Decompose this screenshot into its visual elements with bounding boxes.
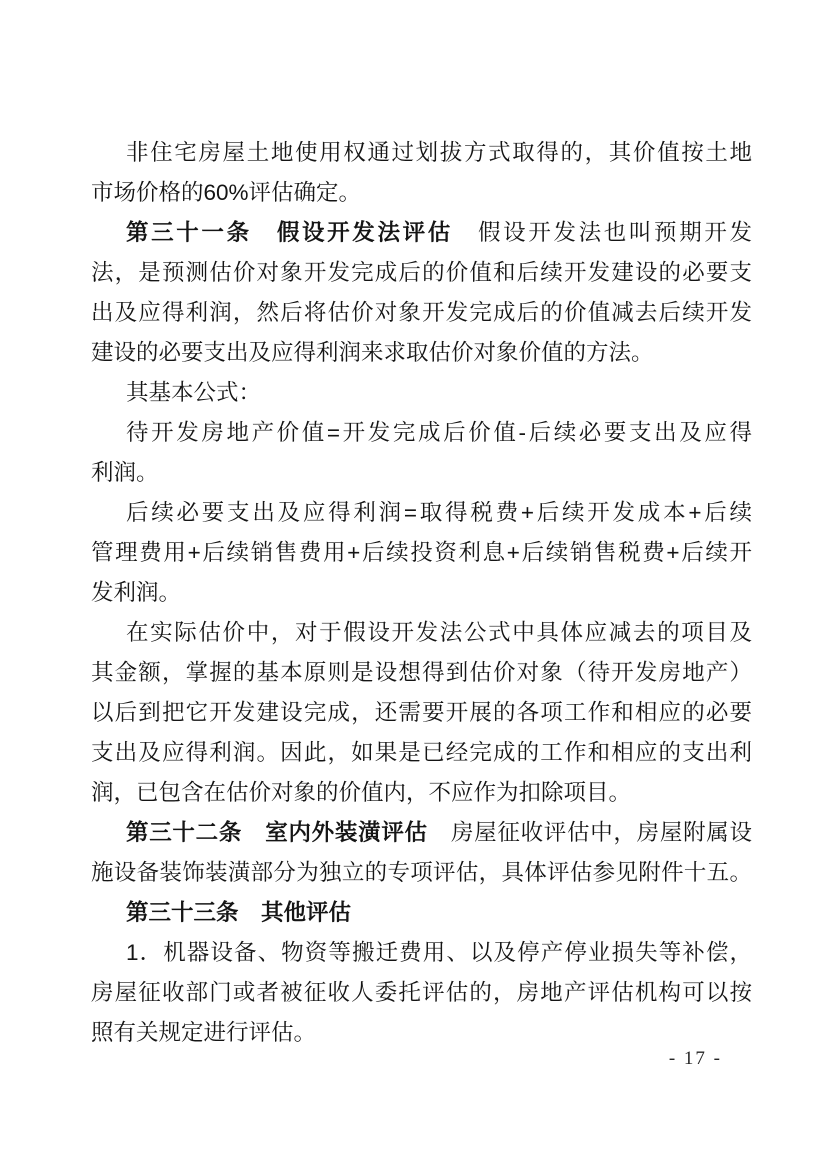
text-segment: 出及应得利润，然后将估价对象开发完成后的价值减去后续开发	[91, 300, 752, 325]
text-line: 发利润。	[91, 573, 752, 613]
text-line: 第三十一条 假设开发法评估 假设开发法也叫预期开发	[91, 213, 752, 253]
text-line: 1．机器设备、物资等搬迁费用、以及停产停业损失等补偿，	[91, 933, 752, 973]
text-line: 在实际估价中，对于假设开发法公式中具体应减去的项目及	[91, 613, 752, 653]
text-line: 房屋征收部门或者被征收人委托评估的，房地产评估机构可以按	[91, 973, 752, 1013]
text-segment: 房屋征收部门或者被征收人委托评估的，房地产评估机构可以按	[91, 980, 752, 1005]
article-heading-segment: 第三十一条 假设开发法评估	[126, 220, 453, 245]
text-line: 利润。	[91, 453, 752, 493]
text-line: 管理费用+后续销售费用+后续投资利息+后续销售税费+后续开	[91, 533, 752, 573]
text-segment: 假设开发法也叫预期开发	[453, 220, 752, 245]
text-segment: 其金额，掌握的基本原则是设想得到估价对象（待开发房地产）	[91, 660, 752, 685]
text-line: 润，已包含在估价对象的价值内，不应作为扣除项目。	[91, 773, 752, 813]
document-body: 非住宅房屋土地使用权通过划拔方式取得的，其价值按土地市场价格的60%评估确定。第…	[91, 133, 752, 1053]
text-segment: 房屋征收评估中，房屋附属设	[428, 820, 752, 845]
text-line: 建设的必要支出及应得利润来求取估价对象价值的方法。	[91, 333, 752, 373]
text-line: 非住宅房屋土地使用权通过划拔方式取得的，其价值按土地	[91, 133, 752, 173]
document-page: 非住宅房屋土地使用权通过划拔方式取得的，其价值按土地市场价格的60%评估确定。第…	[0, 0, 827, 1169]
text-segment: 其基本公式：	[126, 380, 261, 405]
text-segment: 待开发房地产价值=开发完成后价值-后续必要支出及应得	[126, 420, 752, 445]
text-segment: 1．机器设备、物资等搬迁费用、以及停产停业损失等补偿，	[126, 940, 752, 965]
text-segment: 施设备装饰装潢部分为独立的专项评估，具体评估参见附件十五。	[91, 860, 752, 885]
text-line: 第三十二条 室内外装潢评估 房屋征收评估中，房屋附属设	[91, 813, 752, 853]
article-heading-segment: 第三十三条 其他评估	[126, 900, 351, 925]
text-line: 待开发房地产价值=开发完成后价值-后续必要支出及应得	[91, 413, 752, 453]
text-line: 其基本公式：	[91, 373, 752, 413]
article-heading-segment: 第三十二条 室内外装潢评估	[126, 820, 428, 845]
text-line: 以后到把它开发建设完成，还需要开展的各项工作和相应的必要	[91, 693, 752, 733]
text-segment: 发利润。	[91, 580, 181, 605]
text-line: 后续必要支出及应得利润=取得税费+后续开发成本+后续	[91, 493, 752, 533]
text-line: 其金额，掌握的基本原则是设想得到估价对象（待开发房地产）	[91, 653, 752, 693]
text-segment: 以后到把它开发建设完成，还需要开展的各项工作和相应的必要	[91, 700, 752, 725]
text-segment: 在实际估价中，对于假设开发法公式中具体应减去的项目及	[126, 620, 752, 645]
text-line: 支出及应得利润。因此，如果是已经完成的工作和相应的支出利	[91, 733, 752, 773]
text-segment: 照有关规定进行评估。	[91, 1020, 316, 1045]
text-segment: 后续必要支出及应得利润=取得税费+后续开发成本+后续	[126, 500, 752, 525]
text-line: 第三十三条 其他评估	[91, 893, 752, 933]
text-line: 出及应得利润，然后将估价对象开发完成后的价值减去后续开发	[91, 293, 752, 333]
text-line: 法，是预测估价对象开发完成后的价值和后续开发建设的必要支	[91, 253, 752, 293]
text-segment: 管理费用+后续销售费用+后续投资利息+后续销售税费+后续开	[91, 540, 752, 565]
text-line: 施设备装饰装潢部分为独立的专项评估，具体评估参见附件十五。	[91, 853, 752, 893]
text-segment: 建设的必要支出及应得利润来求取估价对象价值的方法。	[91, 340, 654, 365]
text-segment: 润，已包含在估价对象的价值内，不应作为扣除项目。	[91, 780, 631, 805]
page-number: - 17 -	[91, 1046, 722, 1072]
text-segment: 法，是预测估价对象开发完成后的价值和后续开发建设的必要支	[91, 260, 752, 285]
text-segment: 市场价格的60%评估确定。	[91, 180, 361, 205]
text-segment: 支出及应得利润。因此，如果是已经完成的工作和相应的支出利	[91, 740, 752, 765]
text-line: 市场价格的60%评估确定。	[91, 173, 752, 213]
text-segment: 利润。	[91, 460, 159, 485]
text-segment: 非住宅房屋土地使用权通过划拔方式取得的，其价值按土地	[126, 140, 752, 165]
